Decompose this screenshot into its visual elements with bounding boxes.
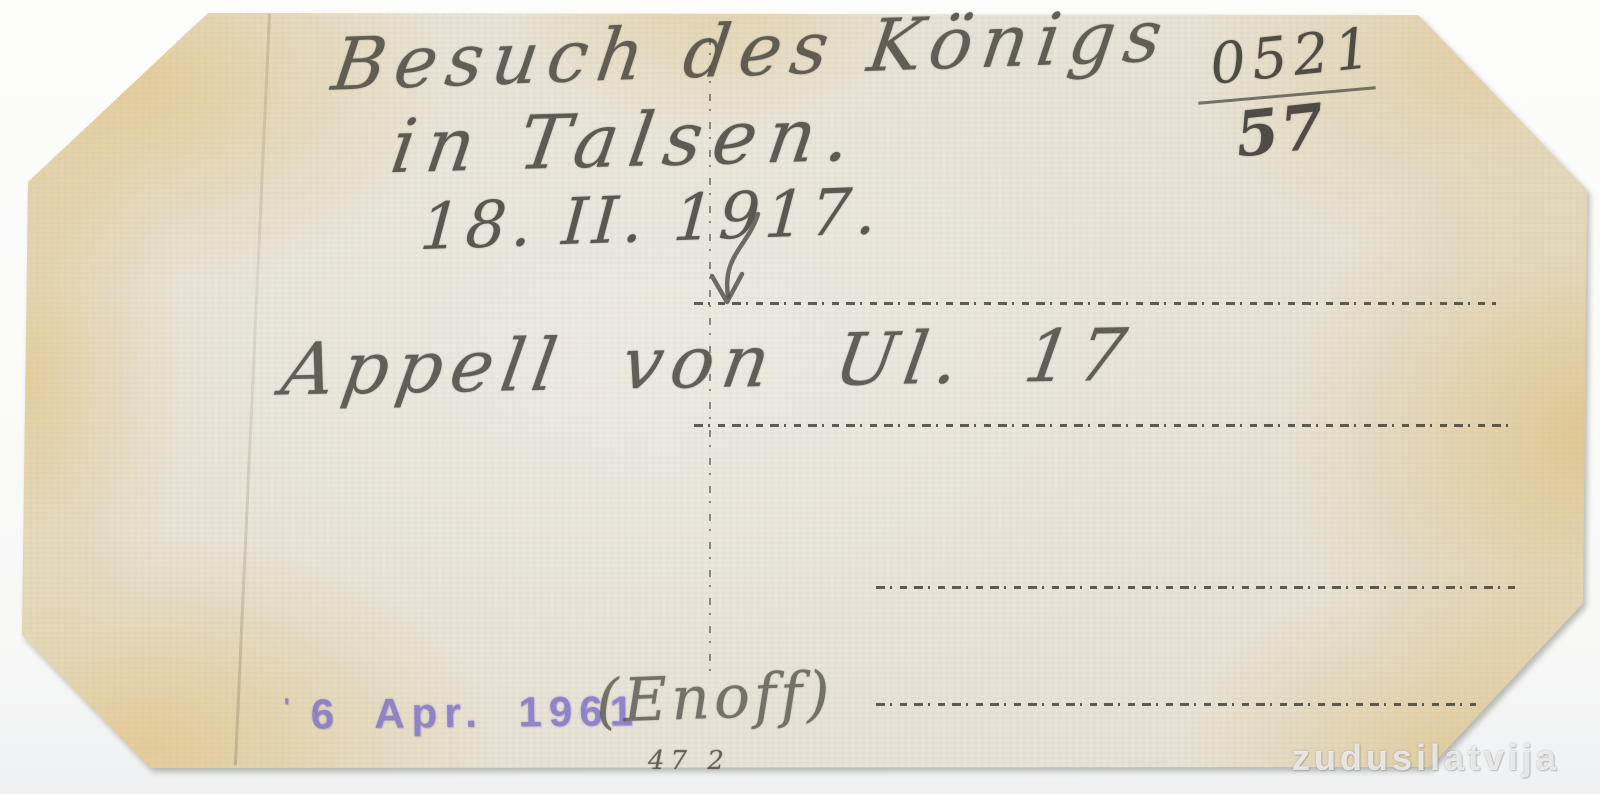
address-line-3: [876, 586, 1518, 589]
handwriting-line-2: in Talsen.: [387, 98, 867, 185]
address-line-2: [694, 424, 1512, 427]
bottom-note: 47 2: [648, 748, 730, 774]
scan-background: Besuch des Königs in Talsen. 18. II. 191…: [0, 0, 1600, 794]
handwriting-line-4: Appell von Ul. 17: [277, 318, 1138, 405]
watermark: zudusilatvija: [1292, 740, 1560, 776]
archive-number-numerator: 0521: [1208, 19, 1391, 93]
arrow-down-icon: [696, 210, 776, 314]
handwriting-line-3: 18. II. 1917.: [418, 180, 884, 260]
address-line-4: [876, 703, 1476, 706]
address-line-1: [694, 302, 1496, 305]
stamp-date: 6 Apr. 1961: [310, 687, 640, 737]
stamp-annotation: (Enoff): [595, 664, 835, 732]
date-stamp: '6 Apr. 1961: [284, 690, 640, 736]
stamp-tick: ': [284, 694, 297, 721]
archive-number: 0521 57: [1192, 21, 1383, 170]
